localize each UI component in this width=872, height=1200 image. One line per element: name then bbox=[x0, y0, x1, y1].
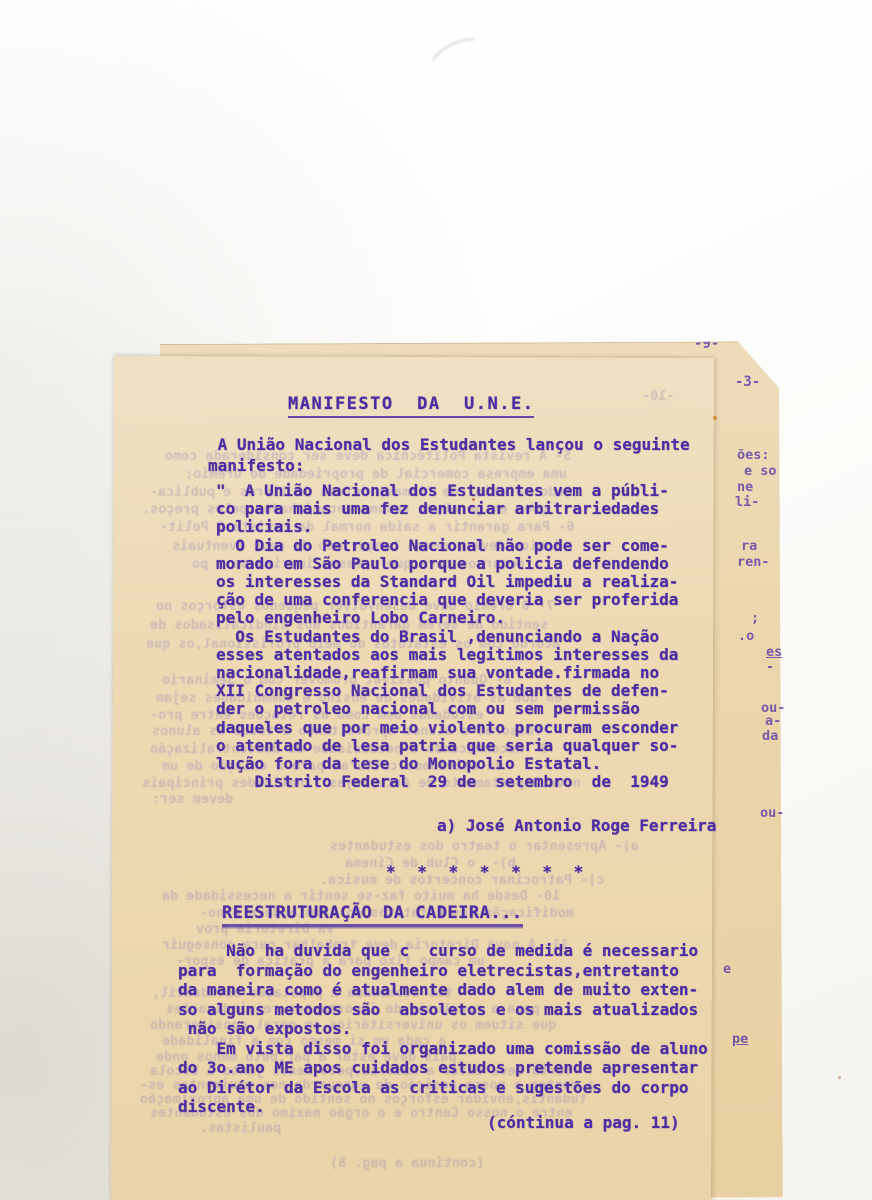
margin-fragment: .o bbox=[738, 628, 754, 644]
bleedthrough-line: -10- bbox=[642, 388, 675, 404]
paper-speck bbox=[472, 498, 475, 501]
section-title: REESTRUTURAÇÃO DA CADEIRA... bbox=[222, 903, 523, 927]
margin-fragment: ões: bbox=[737, 447, 770, 463]
scanned-document: -9- ões:e soneli-raren-;.oes-ou-a-daou-e… bbox=[0, 0, 872, 1200]
bleedthrough-line: 10- Desde ha muito faz-se sentir a neces… bbox=[162, 888, 560, 904]
bleedthrough-line: devem ser: bbox=[152, 791, 233, 807]
continuation-note: (cóntinua a pag. 11) bbox=[487, 1113, 680, 1132]
margin-fragment: - bbox=[766, 659, 774, 675]
margin-fragment: ren- bbox=[737, 554, 770, 570]
margin-fragment: ne bbox=[737, 479, 753, 495]
margin-fragment: ou- bbox=[760, 805, 784, 821]
margin-fragment: es bbox=[766, 644, 782, 660]
margin-fragment: pe bbox=[732, 1031, 748, 1047]
asterisk-separator: * * * * * * * bbox=[386, 862, 589, 881]
intro-paragraph: A União Nacional dos Estudantes lançou o… bbox=[208, 434, 690, 476]
scanner-smudge bbox=[424, 30, 491, 85]
margin-fragment: ra bbox=[741, 538, 757, 554]
bleedthrough-line: paulistas. bbox=[200, 1120, 281, 1136]
back-page-number: -9- bbox=[694, 341, 719, 351]
section-body: Não ha duvida que c curso de medida é ne… bbox=[178, 941, 708, 1117]
margin-fragment: e so bbox=[744, 463, 777, 479]
paper-speck bbox=[713, 416, 717, 420]
signature-line: a) José Antonio Roge Ferreira bbox=[437, 816, 716, 835]
margin-fragment: li- bbox=[735, 494, 759, 510]
manifesto-body: " A União Nacional dos Estudantes vem a … bbox=[216, 482, 678, 791]
margin-fragment: ; bbox=[751, 610, 759, 626]
bleedthrough-line: a)- Apresentar o teatro dos estudantes bbox=[330, 838, 639, 854]
paper-speck bbox=[838, 1076, 841, 1079]
document-title: MANIFESTO DA U.N.E. bbox=[288, 394, 534, 418]
bleedthrough-line: (continua a pag. 8) bbox=[330, 1155, 484, 1171]
margin-fragment: e bbox=[723, 961, 731, 977]
margin-fragment: da bbox=[762, 728, 778, 744]
margin-fragment: a- bbox=[765, 713, 781, 729]
front-page-number: -3- bbox=[735, 374, 760, 390]
